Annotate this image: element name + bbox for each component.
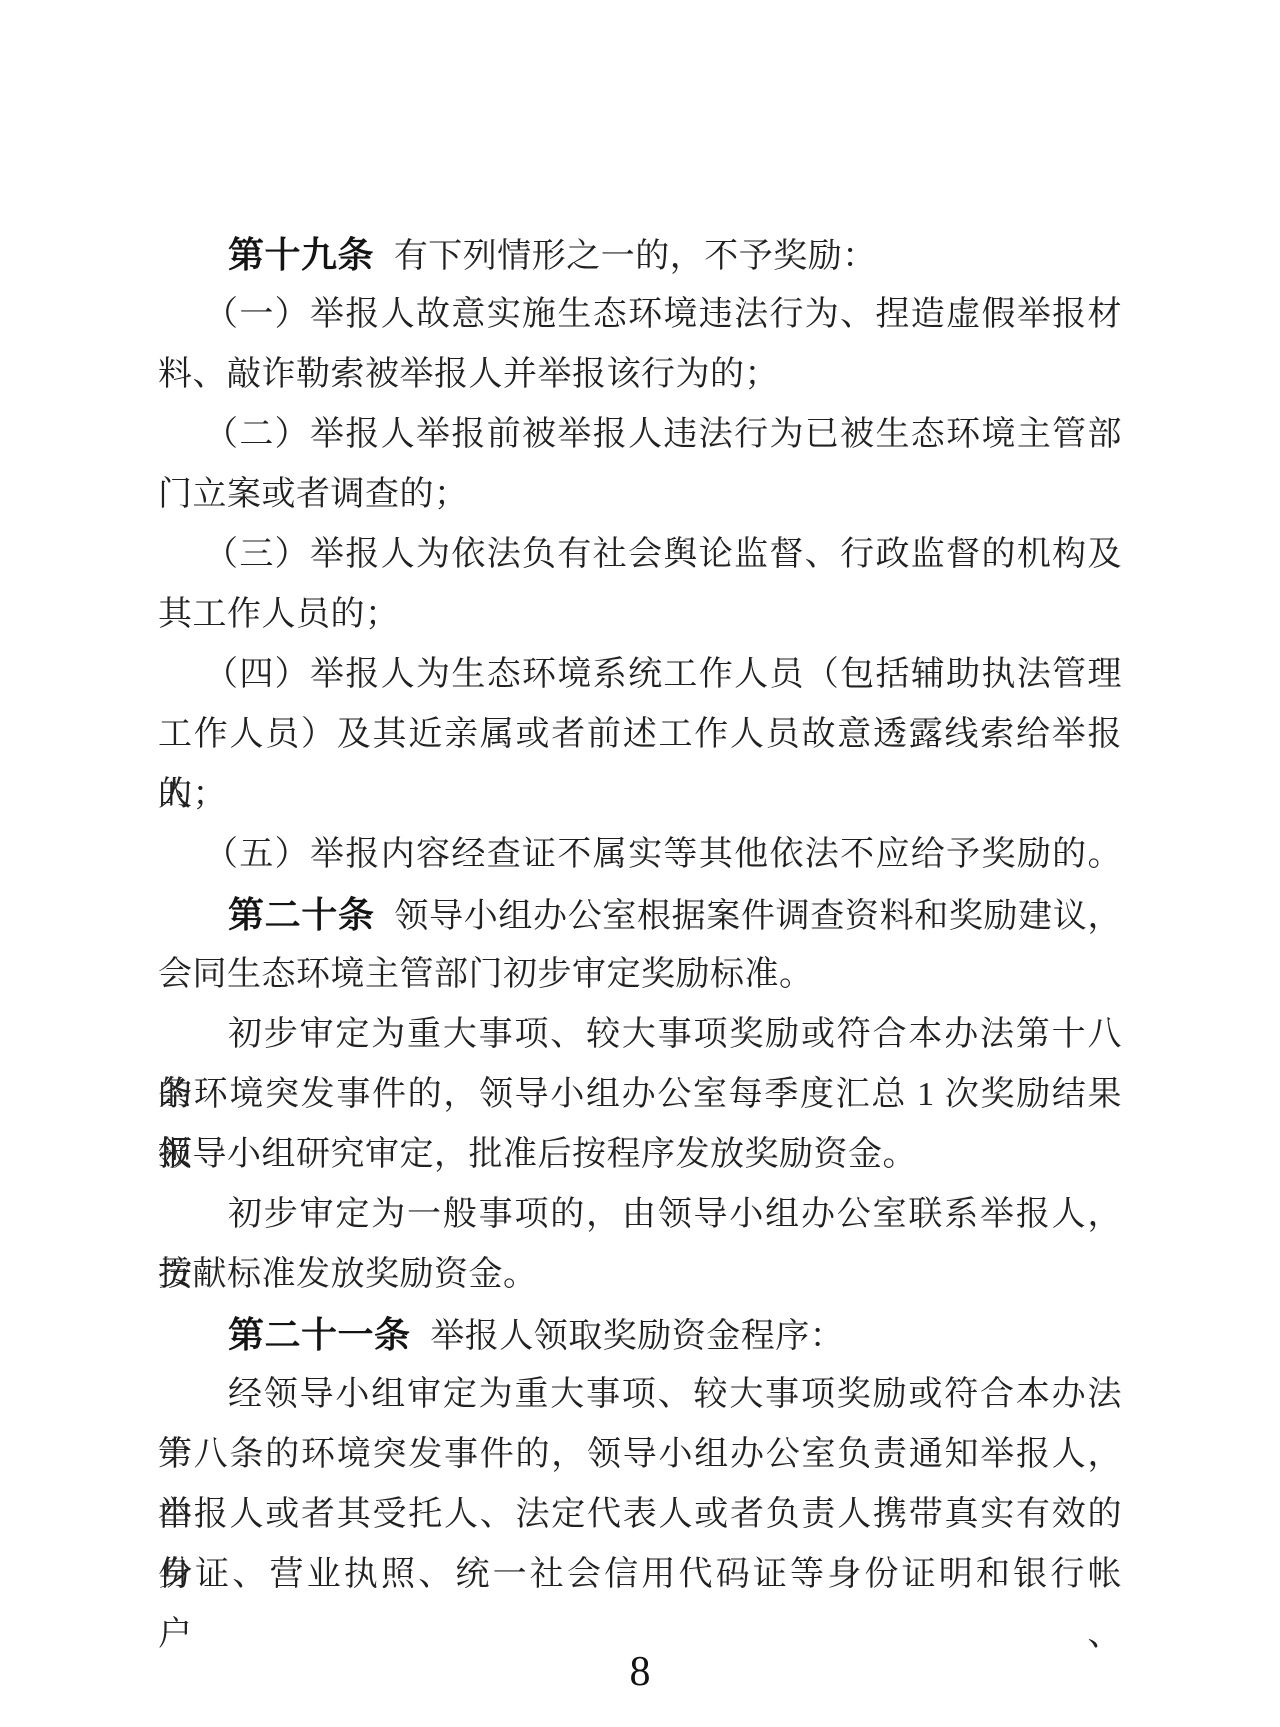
text-line: 举报人或者其受托人、法定代表人或者负责人携带真实有效的身 bbox=[158, 1485, 1122, 1545]
text-line: 贡献标准发放奖励资金。 bbox=[158, 1245, 1122, 1305]
text-line: （二）举报人举报前被举报人违法行为已被生态环境主管部 bbox=[158, 405, 1122, 465]
line-text: 有下列情形之一的，不予奖励： bbox=[394, 238, 877, 275]
line-text: （三）举报人为依法负有社会舆论监督、行政监督的机构及 bbox=[204, 536, 1122, 573]
line-text: 领导小组研究审定，批准后按程序发放奖励资金。 bbox=[158, 1136, 917, 1173]
text-line: 第二十一条举报人领取奖励资金程序： bbox=[158, 1305, 1122, 1365]
line-text: （四）举报人为生态环境系统工作人员（包括辅助执法管理 bbox=[204, 656, 1122, 693]
text-line: 第二十条领导小组办公室根据案件调查资料和奖励建议， bbox=[158, 885, 1122, 945]
text-line: （五）举报内容经查证不属实等其他依法不应给予奖励的。 bbox=[158, 825, 1122, 885]
document-page: 第十九条有下列情形之一的，不予奖励：（一）举报人故意实施生态环境违法行为、捏造虚… bbox=[0, 0, 1280, 1727]
document-body: 第十九条有下列情形之一的，不予奖励：（一）举报人故意实施生态环境违法行为、捏造虚… bbox=[158, 225, 1122, 1605]
article-heading: 第二十一条 bbox=[228, 1314, 411, 1355]
text-line: 第十九条有下列情形之一的，不予奖励： bbox=[158, 225, 1122, 285]
article-heading: 第十九条 bbox=[228, 234, 374, 275]
line-text: 料、敲诈勒索被举报人并举报该行为的； bbox=[158, 356, 779, 393]
text-line: 的； bbox=[158, 765, 1122, 825]
text-line: （一）举报人故意实施生态环境违法行为、捏造虚假举报材 bbox=[158, 285, 1122, 345]
line-text: （一）举报人故意实施生态环境违法行为、捏造虚假举报材 bbox=[204, 296, 1122, 333]
text-line: 工作人员）及其近亲属或者前述工作人员故意透露线索给举报人 bbox=[158, 705, 1122, 765]
text-line: （四）举报人为生态环境系统工作人员（包括辅助执法管理 bbox=[158, 645, 1122, 705]
text-line: 的环境突发事件的，领导小组办公室每季度汇总 1 次奖励结果报 bbox=[158, 1065, 1122, 1125]
article-heading: 第二十条 bbox=[228, 894, 375, 935]
line-text: 的； bbox=[158, 776, 227, 813]
line-text: 会同生态环境主管部门初步审定奖励标准。 bbox=[158, 956, 814, 993]
text-line: （三）举报人为依法负有社会舆论监督、行政监督的机构及 bbox=[158, 525, 1122, 585]
text-line: 会同生态环境主管部门初步审定奖励标准。 bbox=[158, 945, 1122, 1005]
line-text: 领导小组办公室根据案件调查资料和奖励建议， bbox=[394, 898, 1122, 935]
text-line: 其工作人员的； bbox=[158, 585, 1122, 645]
text-line: 领导小组研究审定，批准后按程序发放奖励资金。 bbox=[158, 1125, 1122, 1185]
line-text: （五）举报内容经查证不属实等其他依法不应给予奖励的。 bbox=[204, 836, 1122, 873]
text-line: 份证、营业执照、统一社会信用代码证等身份证明和银行帐户、 bbox=[158, 1545, 1122, 1605]
text-line: 门立案或者调查的； bbox=[158, 465, 1122, 525]
text-line: 初步审定为一般事项的，由领导小组办公室联系举报人，按 bbox=[158, 1185, 1122, 1245]
line-text: 贡献标准发放奖励资金。 bbox=[158, 1256, 538, 1293]
page-number: 8 bbox=[0, 1642, 1280, 1702]
text-line: 初步审定为重大事项、较大事项奖励或符合本办法第十八条 bbox=[158, 1005, 1122, 1065]
text-line: 经领导小组审定为重大事项、较大事项奖励或符合本办法第 bbox=[158, 1365, 1122, 1425]
line-text: （二）举报人举报前被举报人违法行为已被生态环境主管部 bbox=[204, 416, 1122, 453]
line-text: 份证、营业执照、统一社会信用代码证等身份证明和银行帐户、 bbox=[158, 1556, 1122, 1653]
line-text: 举报人领取奖励资金程序： bbox=[430, 1318, 844, 1355]
line-text: 门立案或者调查的； bbox=[158, 476, 469, 513]
text-line: 十八条的环境突发事件的，领导小组办公室负责通知举报人，由 bbox=[158, 1425, 1122, 1485]
line-text: 其工作人员的； bbox=[158, 596, 400, 633]
text-line: 料、敲诈勒索被举报人并举报该行为的； bbox=[158, 345, 1122, 405]
